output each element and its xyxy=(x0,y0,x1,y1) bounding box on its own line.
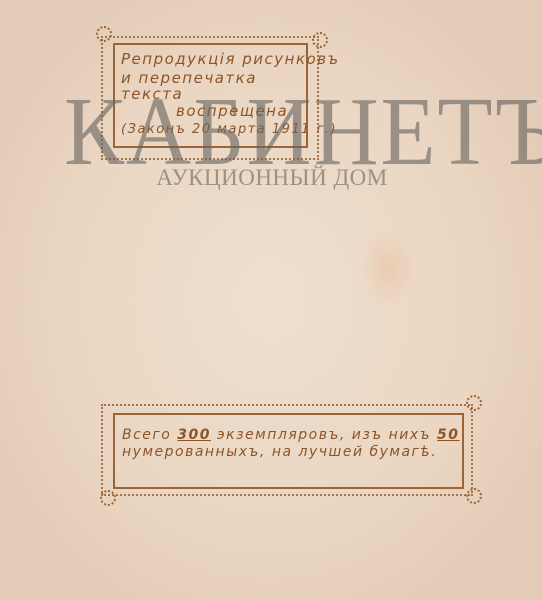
bottom-box-corner-flourish-right-top xyxy=(466,395,482,411)
bottom-box-line-1: Всего 300 экземпляровъ, изъ нихъ 50 xyxy=(122,427,460,443)
edition-prefix: Всего xyxy=(122,427,171,443)
edition-middle: экземпляровъ, изъ нихъ xyxy=(217,427,431,443)
bottom-box-line-2: нумерованныхъ, на лучшей бумагѣ. xyxy=(122,444,437,460)
top-box-corner-flourish-right xyxy=(312,32,328,48)
copies-numbered: 50 xyxy=(437,427,459,443)
bottom-box-corner-flourish-left-bottom xyxy=(100,490,116,506)
top-box-line-3: текста xyxy=(121,85,183,104)
top-box-line-4: воспрещена xyxy=(176,102,288,121)
copies-total: 300 xyxy=(177,427,211,443)
top-box-line-5: (Законъ 20 марта 1911 г.) xyxy=(121,120,337,139)
bottom-box-corner-flourish-right-bottom xyxy=(466,488,482,504)
top-box-line-1: Репродукція рисунковъ xyxy=(121,50,340,69)
top-box-corner-flourish-left xyxy=(96,26,112,42)
